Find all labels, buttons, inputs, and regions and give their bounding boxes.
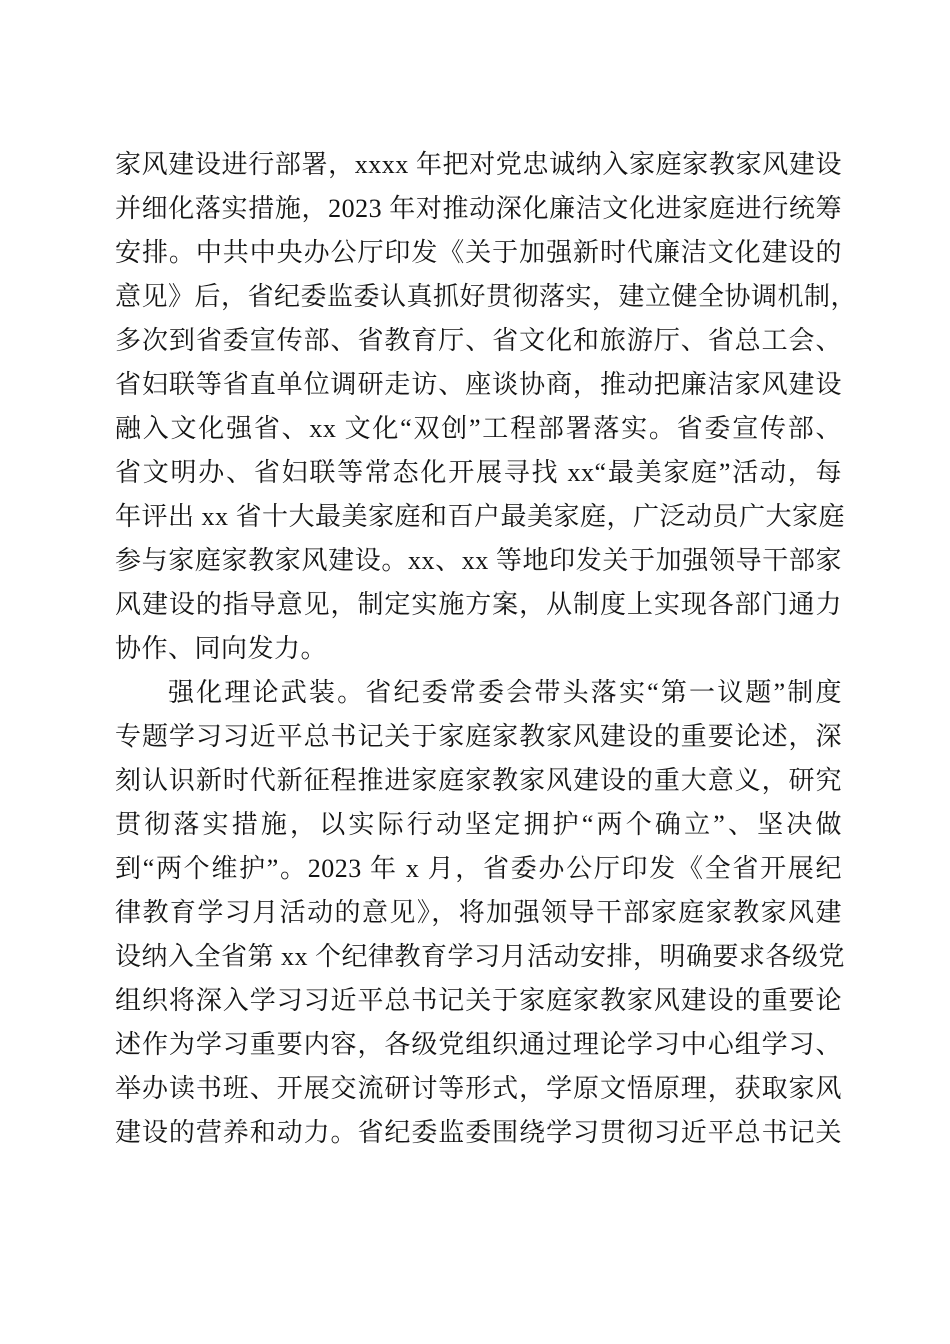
text-line: 设纳入全省第 xx 个纪律教育学习月活动安排，明确要求各级党 — [115, 935, 842, 979]
text-line: 意见》后，省纪委监委认真抓好贯彻落实，建立健全协调机制， — [115, 275, 842, 319]
text-line: 刻认识新时代新征程推进家庭家教家风建设的重大意义，研究 — [115, 759, 842, 803]
text-line: 专题学习习近平总书记关于家庭家教家风建设的重要论述，深 — [115, 715, 842, 759]
text-line: 并细化落实措施，2023 年对推动深化廉洁文化进家庭进行统筹 — [115, 187, 842, 231]
text-line: 参与家庭家教家风建设。xx、xx 等地印发关于加强领导干部家 — [115, 539, 842, 583]
text-line: 融入文化强省、xx 文化“双创”工程部署落实。省委宣传部、 — [115, 407, 842, 451]
text-line: 安排。中共中央办公厅印发《关于加强新时代廉洁文化建设的 — [115, 231, 842, 275]
text-line: 强化理论武装。省纪委常委会带头落实“第一议题”制度 — [115, 671, 842, 715]
text-line: 省妇联等省直单位调研走访、座谈协商，推动把廉洁家风建设 — [115, 363, 842, 407]
paragraph-2: 强化理论武装。省纪委常委会带头落实“第一议题”制度 专题学习习近平总书记关于家庭… — [115, 671, 842, 1155]
text-line: 到“两个维护”。2023 年 x 月，省委办公厅印发《全省开展纪 — [115, 847, 842, 891]
text-line: 省文明办、省妇联等常态化开展寻找 xx“最美家庭”活动，每 — [115, 451, 842, 495]
text-line: 述作为学习重要内容，各级党组织通过理论学习中心组学习、 — [115, 1023, 842, 1067]
text-line: 多次到省委宣传部、省教育厅、省文化和旅游厅、省总工会、 — [115, 319, 842, 363]
text-line: 风建设的指导意见，制定实施方案，从制度上实现各部门通力 — [115, 583, 842, 627]
text-line: 律教育学习月活动的意见》，将加强领导干部家庭家教家风建 — [115, 891, 842, 935]
text-line: 贯彻落实措施，以实际行动坚定拥护“两个确立”、坚决做 — [115, 803, 842, 847]
text-line: 组织将深入学习习近平总书记关于家庭家教家风建设的重要论 — [115, 979, 842, 1023]
text-line: 协作、同向发力。 — [115, 627, 842, 671]
text-line: 举办读书班、开展交流研讨等形式，学原文悟原理，获取家风 — [115, 1067, 842, 1111]
text-line: 家风建设进行部署，xxxx 年把对党忠诚纳入家庭家教家风建设 — [115, 143, 842, 187]
text-line: 建设的营养和动力。省纪委监委围绕学习贯彻习近平总书记关 — [115, 1111, 842, 1155]
document-text-block: 家风建设进行部署，xxxx 年把对党忠诚纳入家庭家教家风建设 并细化落实措施，2… — [115, 143, 842, 1155]
paragraph-1: 家风建设进行部署，xxxx 年把对党忠诚纳入家庭家教家风建设 并细化落实措施，2… — [115, 143, 842, 671]
document-page: 家风建设进行部署，xxxx 年把对党忠诚纳入家庭家教家风建设 并细化落实措施，2… — [0, 0, 950, 1344]
text-line: 年评出 xx 省十大最美家庭和百户最美家庭，广泛动员广大家庭 — [115, 495, 842, 539]
